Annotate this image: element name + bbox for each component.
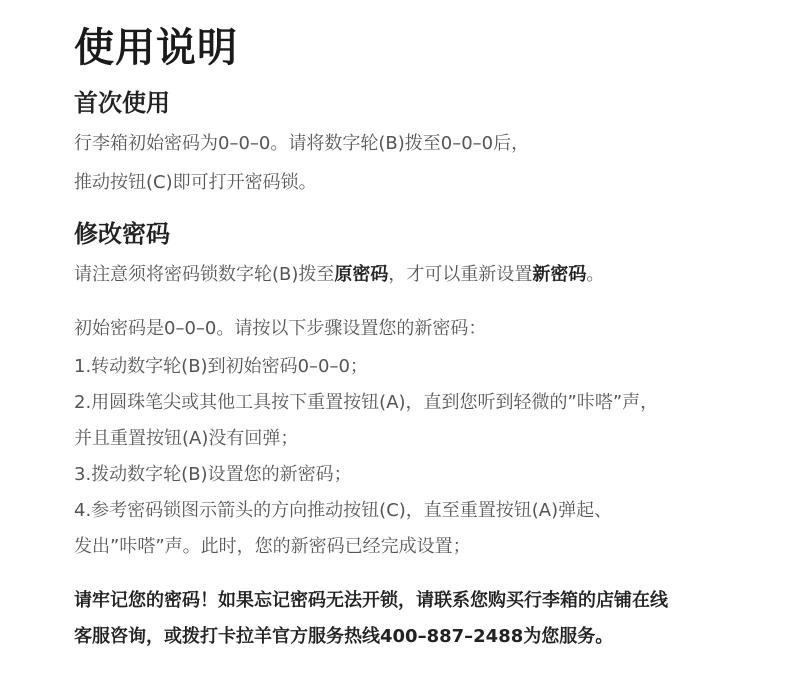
- step-3: 3.拨动数字轮(B)设置您的新密码；: [74, 462, 352, 488]
- steps-intro: 初始密码是0–0–0。请按以下步骤设置您的新密码：: [74, 316, 486, 342]
- step-4-continued: 发出”咔嗒”声。此时，您的新密码已经完成设置；: [74, 534, 471, 560]
- step-2: 2.用圆珠笔尖或其他工具按下重置按钮(A)，直到您听到轻微的”咔嗒”声，: [74, 390, 658, 416]
- change-password-notice: 请注意须将密码锁数字轮(B)拨至原密码，才可以重新设置新密码。: [74, 262, 604, 288]
- step-1: 1.转动数字轮(B)到初始密码0–0–0；: [74, 354, 368, 380]
- notice-suffix: 。: [586, 264, 604, 285]
- warning-line-1: 请牢记您的密码！如果忘记密码无法开锁，请联系您购买行李箱的店铺在线: [74, 588, 668, 614]
- first-use-line-2: 推动按钮(C)即可打开密码锁。: [74, 170, 317, 196]
- step-2-continued: 并且重置按钮(A)没有回弹；: [74, 426, 298, 452]
- notice-original-password: 原密码: [334, 264, 388, 285]
- warning-line-2: 客服咨询，或拨打卡拉羊官方服务热线400–887–2488为您服务。: [74, 624, 613, 650]
- notice-middle: ，才可以重新设置: [388, 264, 532, 285]
- first-use-line-1: 行李箱初始密码为0–0–0。请将数字轮(B)拨至0–0–0后，: [74, 131, 529, 157]
- step-4: 4.参考密码锁图示箭头的方向推动按钮(C)，直至重置按钮(A)弹起、: [74, 498, 612, 524]
- section-heading-first-use: 首次使用: [74, 88, 170, 118]
- notice-prefix: 请注意须将密码锁数字轮(B)拨至: [74, 264, 334, 285]
- page-title: 使用说明: [74, 24, 238, 72]
- notice-new-password: 新密码: [532, 264, 586, 285]
- section-heading-change-password: 修改密码: [74, 219, 170, 249]
